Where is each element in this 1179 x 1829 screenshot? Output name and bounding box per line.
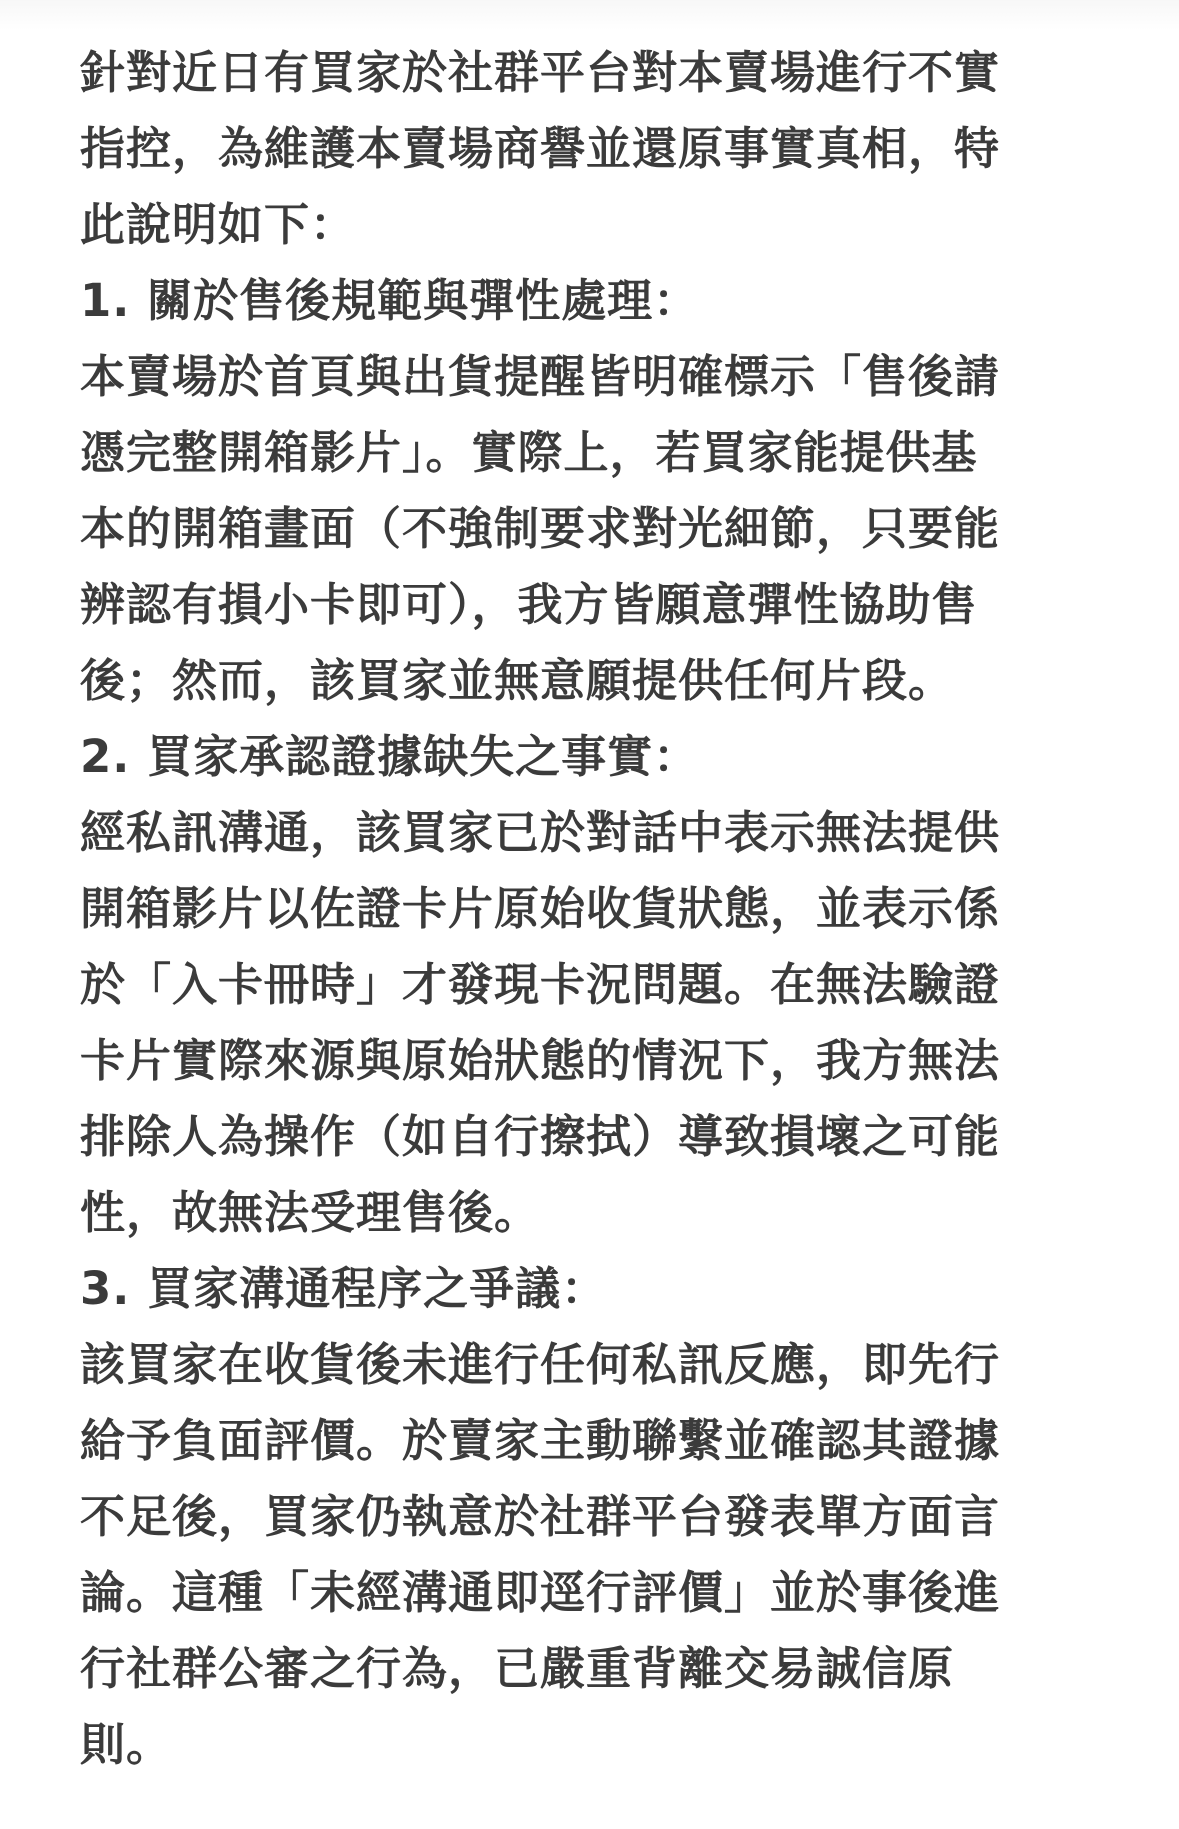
- section-2: 2. 買家承認證據缺失之事實： 經私訊溝通，該買家已於對話中表示無法提供 開箱影…: [80, 719, 1110, 1251]
- intro-paragraph: 針對近日有買家於社群平台對本賣場進行不實 指控，為維護本賣場商譽並還原事實真相，…: [80, 35, 1110, 263]
- section-3: 3. 買家溝通程序之爭議： 該買家在收貨後未進行任何私訊反應，即先行 給予負面評…: [80, 1251, 1110, 1783]
- text-line: 憑完整開箱影片」。實際上，若買家能提供基: [80, 415, 1110, 491]
- text-line: 論。這種「未經溝通即逕行評價」並於事後進: [80, 1555, 1110, 1631]
- section-heading: 2. 買家承認證據缺失之事實：: [80, 719, 1110, 795]
- top-fade: [0, 0, 1179, 30]
- text-line: 行社群公審之行為，已嚴重背離交易誠信原: [80, 1631, 1110, 1707]
- text-line: 卡片實際來源與原始狀態的情況下，我方無法: [80, 1023, 1110, 1099]
- text-line: 於「入卡冊時」才發現卡況問題。在無法驗證: [80, 947, 1110, 1023]
- text-line: 經私訊溝通，該買家已於對話中表示無法提供: [80, 795, 1110, 871]
- text-line: 本的開箱畫面（不強制要求對光細節，只要能: [80, 491, 1110, 567]
- section-heading: 1. 關於售後規範與彈性處理：: [80, 263, 1110, 339]
- text-line: 開箱影片以佐證卡片原始收貨狀態，並表示係: [80, 871, 1110, 947]
- section-1: 1. 關於售後規範與彈性處理： 本賣場於首頁與出貨提醒皆明確標示「售後請 憑完整…: [80, 263, 1110, 719]
- text-line: 指控，為維護本賣場商譽並還原事實真相，特: [80, 111, 1110, 187]
- text-line: 辨認有損小卡即可），我方皆願意彈性協助售: [80, 567, 1110, 643]
- text-line: 針對近日有買家於社群平台對本賣場進行不實: [80, 35, 1110, 111]
- text-line: 排除人為操作（如自行擦拭）導致損壞之可能: [80, 1099, 1110, 1175]
- text-line: 此說明如下：: [80, 187, 1110, 263]
- text-line: 不足後，買家仍執意於社群平台發表單方面言: [80, 1479, 1110, 1555]
- text-line: 性，故無法受理售後。: [80, 1175, 1110, 1251]
- text-line: 給予負面評價。於賣家主動聯繫並確認其證據: [80, 1403, 1110, 1479]
- text-line: 本賣場於首頁與出貨提醒皆明確標示「售後請: [80, 339, 1110, 415]
- section-heading: 3. 買家溝通程序之爭議：: [80, 1251, 1110, 1327]
- text-line: 該買家在收貨後未進行任何私訊反應，即先行: [80, 1327, 1110, 1403]
- statement-document: 針對近日有買家於社群平台對本賣場進行不實 指控，為維護本賣場商譽並還原事實真相，…: [80, 35, 1110, 1783]
- text-line: 則。: [80, 1707, 1110, 1783]
- text-line: 後；然而，該買家並無意願提供任何片段。: [80, 643, 1110, 719]
